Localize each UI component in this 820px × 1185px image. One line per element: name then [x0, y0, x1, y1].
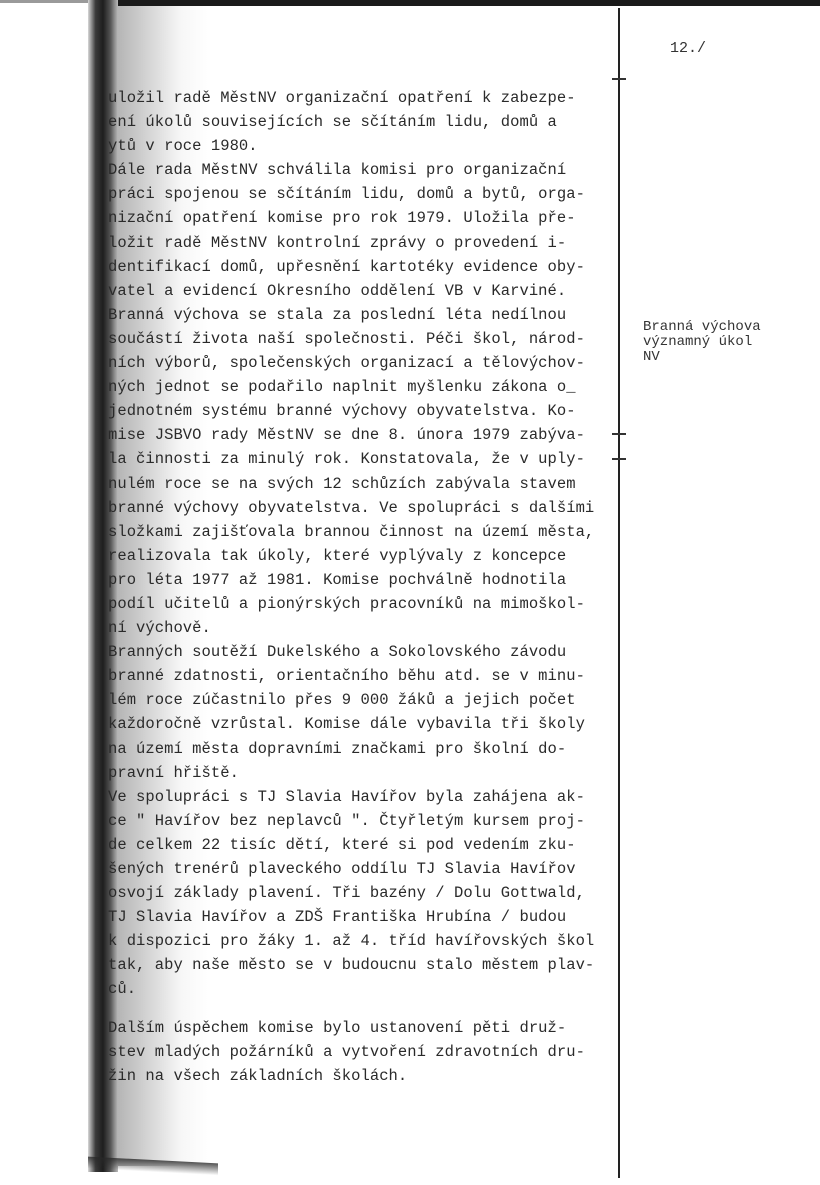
margin-note-line: Branná výchova — [643, 320, 761, 335]
text-line: ce " Havířov bez neplavců ". Čtyřletým k… — [108, 809, 628, 833]
text-line: vatel a evidencí Okresního oddělení VB v… — [108, 279, 628, 303]
text-line: ců. — [108, 977, 628, 1001]
text-line: branné výchovy obyvatelstva. Ve spoluprá… — [108, 496, 628, 520]
margin-note: Branná výchova významný úkol NV — [643, 320, 761, 365]
text-line: ytů v roce 1980. — [108, 134, 628, 158]
text-line: stev mladých požárníků a vytvoření zdrav… — [108, 1040, 628, 1064]
text-line: Ve spolupráci s TJ Slavia Havířov byla z… — [108, 785, 628, 809]
text-line: Dále rada MěstNV schválila komisi pro or… — [108, 158, 628, 182]
text-line: mise JSBVO rady MěstNV se dne 8. února 1… — [108, 423, 628, 447]
text-line: tak, aby naše město se v budoucnu stalo … — [108, 953, 628, 977]
margin-tick — [612, 433, 626, 435]
text-line: podíl učitelů a pionýrských pracovníků n… — [108, 592, 628, 616]
text-line: uložil radě MěstNV organizační opatření … — [108, 86, 628, 110]
text-line: osvojí základy plavení. Tři bazény / Dol… — [108, 881, 628, 905]
text-line: Branných soutěží Dukelského a Sokolovské… — [108, 640, 628, 664]
text-line: de celkem 22 tisíc dětí, které si pod ve… — [108, 833, 628, 857]
text-line: ložit radě MěstNV kontrolní zprávy o pro… — [108, 231, 628, 255]
text-line: nizační opatření komise pro rok 1979. Ul… — [108, 206, 628, 230]
text-line: nulém roce se na svých 12 schůzích zabýv… — [108, 472, 628, 496]
text-line: ních výborů, společenských organizací a … — [108, 351, 628, 375]
text-line: la činnosti za minulý rok. Konstatovala,… — [108, 447, 628, 471]
margin-tick — [612, 458, 626, 460]
margin-tick — [612, 78, 626, 80]
text-line: branné zdatnosti, orientačního běhu atd.… — [108, 664, 628, 688]
text-line — [108, 1002, 628, 1016]
text-line: ní výchově. — [108, 616, 628, 640]
text-line: lém roce zúčastnilo přes 9 000 žáků a je… — [108, 688, 628, 712]
text-line: šených trenérů plaveckého oddílu TJ Slav… — [108, 857, 628, 881]
text-line: práci spojenou se sčítáním lidu, domů a … — [108, 182, 628, 206]
text-line: pravní hřiště. — [108, 761, 628, 785]
text-line: ných jednot se podařilo naplnit myšlenku… — [108, 375, 628, 399]
text-line: každoročně vzrůstal. Komise dále vybavil… — [108, 712, 628, 736]
text-line: Branná výchova se stala za poslední léta… — [108, 303, 628, 327]
text-line: k dispozici pro žáky 1. až 4. tříd havíř… — [108, 929, 628, 953]
text-line: realizovala tak úkoly, které vyplývaly z… — [108, 544, 628, 568]
scan-edge — [0, 0, 88, 3]
page-number: 12./ — [670, 40, 706, 57]
text-line: pro léta 1977 až 1981. Komise pochválně … — [108, 568, 628, 592]
text-line: dentifikací domů, upřesnění kartotéky ev… — [108, 255, 628, 279]
margin-note-line: NV — [643, 350, 761, 365]
margin-note-line: významný úkol — [643, 335, 761, 350]
text-line: jednotném systému branné výchovy obyvate… — [108, 399, 628, 423]
text-line: žin na všech základních školách. — [108, 1064, 628, 1088]
text-line: Dalším úspěchem komise bylo ustanovení p… — [108, 1016, 628, 1040]
body-text: uložil radě MěstNV organizační opatření … — [108, 86, 628, 1088]
text-line: TJ Slavia Havířov a ZDŠ Františka Hrubín… — [108, 905, 628, 929]
text-line: na území města dopravními značkami pro š… — [108, 737, 628, 761]
text-line: složkami zajišťovala brannou činnost na … — [108, 520, 628, 544]
text-line: ení úkolů souvisejících se sčítáním lidu… — [108, 110, 628, 134]
text-line: součástí života naší společnosti. Péči š… — [108, 327, 628, 351]
